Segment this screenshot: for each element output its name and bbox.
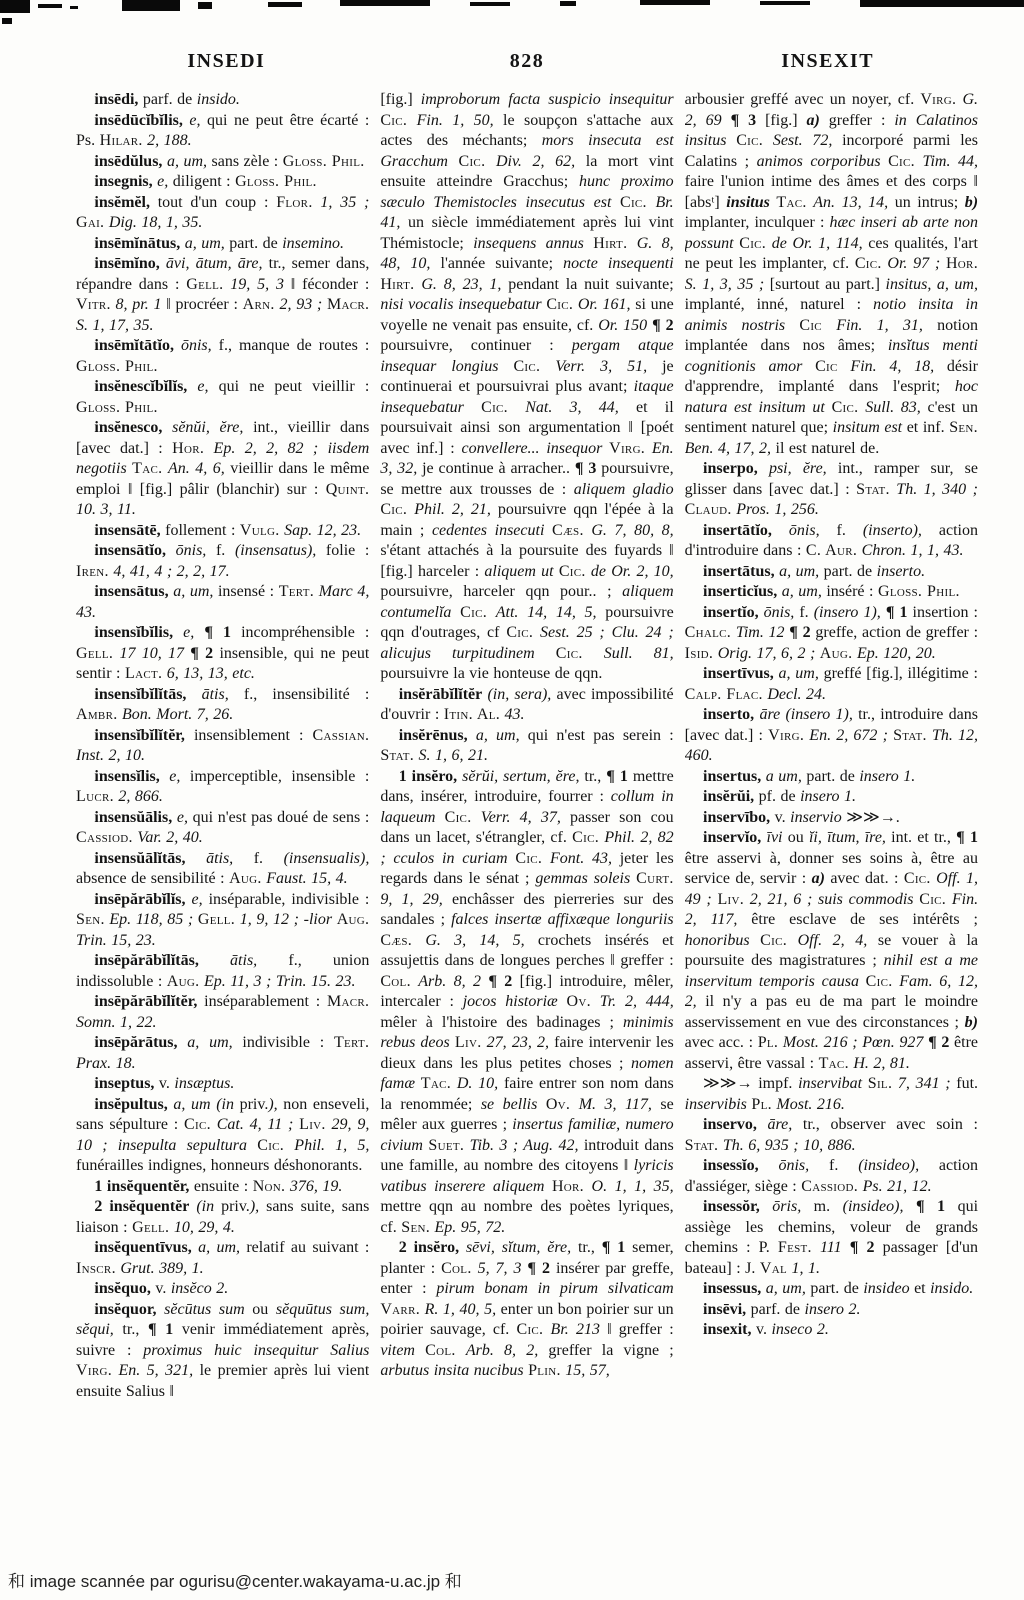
dictionary-entry: insēmĭno, āvi, ātum, āre, tr., semer dan… <box>76 254 369 336</box>
scan-artifact <box>0 0 30 13</box>
dictionary-entry: inservo, āre, tr., observer avec soin : … <box>685 1115 978 1156</box>
dictionary-entry: insēmĭtātĭo, ōnis, f., manque de routes … <box>76 336 369 377</box>
dictionary-entry: insēpărābĭlĭtĕr, inséparablement : Macr.… <box>76 992 369 1033</box>
scan-artifact <box>560 1 576 6</box>
dictionary-entry: insĕmĕl, tout d'un coup : Flor. 1, 35 ; … <box>76 193 369 234</box>
scan-artifact <box>2 18 12 24</box>
dictionary-entry: insēvi, parf. de insero 2. <box>685 1300 978 1321</box>
scan-artifact <box>340 0 430 6</box>
dictionary-entry: insessĭo, ōnis, f. (insideo), action d'a… <box>685 1156 978 1197</box>
running-head: INSEDI 828 INSEXIT <box>76 50 978 73</box>
dictionary-entry: insĕnesco, sĕnŭi, ĕre, int., vieillir da… <box>76 418 369 521</box>
dictionary-entry: insēdŭlus, a, um, sans zèle : Gloss. Phi… <box>76 152 369 173</box>
dictionary-entry: insensātē, follement : Vulg. Sap. 12, 23… <box>76 521 369 542</box>
scan-artifact <box>860 0 1024 7</box>
dictionary-entry: insĕquor, sĕcūtus sum ou sĕquūtus sum, s… <box>76 1300 369 1403</box>
scan-artifact <box>268 2 302 7</box>
dictionary-entry: insēpărābĭlĭtās, ātis, f., union indisso… <box>76 951 369 992</box>
scan-artifact <box>38 4 62 8</box>
dictionary-entry: insĕrābĭlĭtĕr (in, sera), avec impossibi… <box>380 685 673 726</box>
dictionary-entry: 1 insĕro, sĕrŭi, sertum, ĕre, tr., ¶ 1 m… <box>380 767 673 1239</box>
dictionary-entry: insertātus, a, um, part. de inserto. <box>685 562 978 583</box>
column-right: arbousier greffé avec un noyer, cf. Virg… <box>685 90 978 1552</box>
dictionary-page-body: insēdi, parf. de insido.insēdūcĭbĭlis, e… <box>76 90 978 1552</box>
dictionary-entry: insertātĭo, ōnis, f. (inserto), action d… <box>685 521 978 562</box>
dictionary-entry: insertĭo, ōnis, f. (insero 1), ¶ 1 inser… <box>685 603 978 665</box>
dictionary-entry: insensĭbĭlĭtĕr, insensiblement : Cassian… <box>76 726 369 767</box>
dictionary-entry: insĕnescĭbĭlĭs, e, qui ne peut vieillir … <box>76 377 369 418</box>
dictionary-entry: insĕrēnus, a, um, qui n'est pas serein :… <box>380 726 673 767</box>
scan-credit: 和 image scannée par ogurisu@center.wakay… <box>8 1567 462 1592</box>
dictionary-entry: inservībo, v. inservio ≫≫→. <box>685 808 978 829</box>
scan-artifact <box>122 0 180 11</box>
dictionary-entry: insēmĭnātus, a, um, part. de insemino. <box>76 234 369 255</box>
dictionary-entry: 2 insĕro, sēvi, sĭtum, ĕre, tr., ¶ 1 sem… <box>380 1238 673 1382</box>
dictionary-entry: inserpo, psi, ĕre, int., ramper sur, se … <box>685 459 978 521</box>
scan-artifact <box>640 0 710 5</box>
dictionary-entry: insĕpultus, a, um (in priv.), non enseve… <box>76 1095 369 1177</box>
running-head-right: INSEXIT <box>677 50 978 73</box>
dictionary-entry: insĕrŭi, pf. de insero 1. <box>685 787 978 808</box>
dictionary-entry: insensĭbĭlĭtās, ātis, f., insensibilité … <box>76 685 369 726</box>
dictionary-entry: insegnis, e, diligent : Gloss. Phil. <box>76 172 369 193</box>
column-middle: [fig.] improborum facta suspicio insequi… <box>380 90 673 1552</box>
dictionary-entry: insĕquo, v. insĕco 2. <box>76 1279 369 1300</box>
dictionary-entry: insertus, a um, part. de insero 1. <box>685 767 978 788</box>
dictionary-entry: insensŭālis, e, qui n'est pas doué de se… <box>76 808 369 849</box>
scan-artifact <box>760 1 810 5</box>
dictionary-entry: insēdi, parf. de insido. <box>76 90 369 111</box>
column-left: insēdi, parf. de insido.insēdūcĭbĭlis, e… <box>76 90 369 1552</box>
dictionary-entry: insēdūcĭbĭlis, e, qui ne peut être écart… <box>76 111 369 152</box>
dictionary-entry: inserto, āre (insero 1), tr., introduire… <box>685 705 978 767</box>
dictionary-entry: ≫≫→ impf. inservibat Sil. 7, 341 ; fut. … <box>685 1074 978 1115</box>
dictionary-entry: insensŭālĭtās, ātis, f. (insensualis), a… <box>76 849 369 890</box>
scan-artifact <box>470 2 510 6</box>
dictionary-entry: [fig.] improborum facta suspicio insequi… <box>380 90 673 685</box>
dictionary-entry: inseptus, v. insæptus. <box>76 1074 369 1095</box>
dictionary-entry: inservĭo, īvi ou ĭi, ītum, īre, int. et … <box>685 828 978 1074</box>
dictionary-entry: insēpărābĭlĭs, e, inséparable, indivisib… <box>76 890 369 952</box>
page-number: 828 <box>377 50 678 73</box>
dictionary-entry: 2 insĕquentĕr (in priv.), sans suite, sa… <box>76 1197 369 1238</box>
dictionary-entry: insessus, a, um, part. de insideo et ins… <box>685 1279 978 1300</box>
dictionary-entry: 1 insĕquentĕr, ensuite : Non. 376, 19. <box>76 1177 369 1198</box>
dictionary-entry: insensĭlis, e, imperceptible, insensible… <box>76 767 369 808</box>
dictionary-entry: insensĭbĭlis, e, ¶ 1 incompréhensible : … <box>76 623 369 685</box>
dictionary-entry: arbousier greffé avec un noyer, cf. Virg… <box>685 90 978 459</box>
dictionary-entry: insessŏr, ōris, m. (insideo), ¶ 1 qui as… <box>685 1197 978 1279</box>
scan-artifact <box>70 6 78 9</box>
dictionary-entry: insĕquentīvus, a, um, relatif au suivant… <box>76 1238 369 1279</box>
dictionary-entry: insexit, v. inseco 2. <box>685 1320 978 1341</box>
scan-artifact <box>198 2 212 9</box>
dictionary-entry: insertīvus, a, um, greffé [fig.], illégi… <box>685 664 978 705</box>
dictionary-entry: insensātĭo, ōnis, f. (insensatus), folie… <box>76 541 369 582</box>
dictionary-entry: insēpărātus, a, um, indivisible : Tert. … <box>76 1033 369 1074</box>
dictionary-entry: insensātus, a, um, insensé : Tert. Marc … <box>76 582 369 623</box>
dictionary-entry: inserticĭus, a, um, inséré : Gloss. Phil… <box>685 582 978 603</box>
running-head-left: INSEDI <box>76 50 377 73</box>
